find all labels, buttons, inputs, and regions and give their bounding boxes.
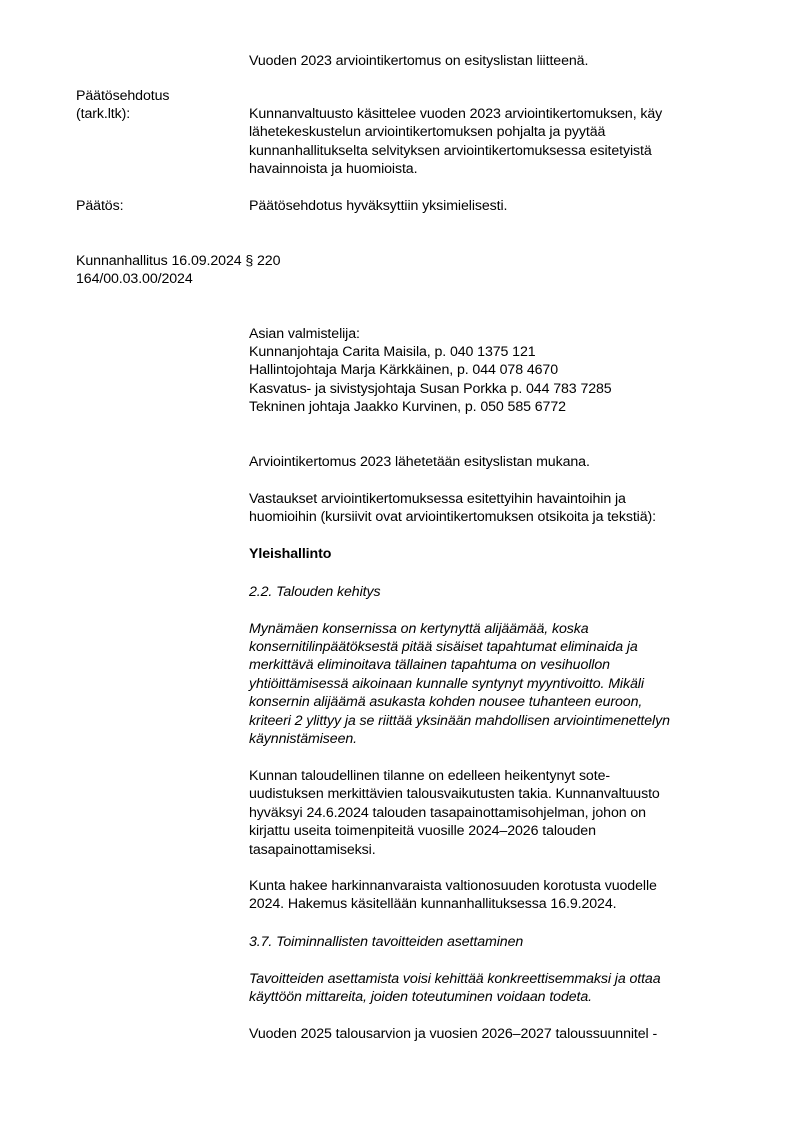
quote-line: merkittävä eliminoitava tällainen tapaht…: [249, 656, 610, 675]
proposal-text-line: havainnoista ja huomioista.: [249, 160, 417, 179]
proposal-label-sub: (tark.ltk):: [76, 105, 130, 124]
quote-line: yhtiöittämisessä aikoinaan kunnalle synt…: [249, 675, 644, 694]
preparers-heading: Asian valmistelija:: [249, 325, 360, 344]
record-number: 164/00.03.00/2024: [76, 270, 193, 289]
quote-line: konsernitilinpäätöksestä pitää sisäiset …: [249, 638, 638, 657]
quote-line: käynnistämiseen.: [249, 730, 357, 749]
preparer-line: Hallintojohtaja Marja Kärkkäinen, p. 044…: [249, 361, 558, 380]
answers-intro-line: Vastaukset arviointikertomuksessa esitet…: [249, 490, 626, 509]
quote-line: konsernin alijäämä asukasta kohden nouse…: [249, 693, 642, 712]
sent-line: Arviointikertomus 2023 lähetetään esitys…: [249, 453, 590, 472]
proposal-label: Päätösehdotus: [76, 87, 169, 106]
quote-line: kriteeri 2 ylittyy ja se riittää yksinää…: [249, 712, 670, 731]
proposal-text-line: lähetekeskustelun arviointikertomuksen p…: [249, 123, 605, 142]
preparer-line: Kasvatus- ja sivistysjohtaja Susan Porkk…: [249, 380, 612, 399]
answer-line: kirjattu useita toimenpiteitä vuosille 2…: [249, 822, 596, 841]
subsection-heading: 2.2. Talouden kehitys: [249, 583, 380, 602]
meeting-reference: Kunnanhallitus 16.09.2024 § 220: [76, 252, 280, 271]
section-heading: Yleishallinto: [249, 545, 331, 564]
decision-text: Päätösehdotus hyväksyttiin yksimielisest…: [249, 197, 507, 216]
answer-line: hyväksyi 24.6.2024 talouden tasapainotta…: [249, 804, 646, 823]
answer-line: uudistuksen merkittävien talousvaikutust…: [249, 785, 660, 804]
last-line: Vuoden 2025 talousarvion ja vuosien 2026…: [249, 1025, 657, 1044]
answer-line: 2024. Hakemus käsitellään kunnanhallituk…: [249, 895, 616, 914]
quote-line: käyttöön mittareita, joiden toteutuminen…: [249, 988, 592, 1007]
quote-line: Tavoitteiden asettamista voisi kehittää …: [249, 970, 661, 989]
intro-line: Vuoden 2023 arviointikertomus on esitysl…: [249, 52, 588, 71]
decision-label: Päätös:: [76, 197, 123, 216]
proposal-text-line: Kunnanvaltuusto käsittelee vuoden 2023 a…: [249, 105, 662, 124]
preparer-line: Kunnanjohtaja Carita Maisila, p. 040 137…: [249, 343, 536, 362]
proposal-text-line: kunnanhallitukselta selvityksen arvioint…: [249, 142, 652, 161]
answer-line: tasapainottamiseksi.: [249, 841, 376, 860]
answers-intro-line: huomioihin (kursiivit ovat arviointikert…: [249, 508, 656, 527]
subsection-heading: 3.7. Toiminnallisten tavoitteiden asetta…: [249, 933, 523, 952]
answer-line: Kunnan taloudellinen tilanne on edelleen…: [249, 767, 610, 786]
answer-line: Kunta hakee harkinnanvaraista valtionosu…: [249, 877, 657, 896]
preparer-line: Tekninen johtaja Jaakko Kurvinen, p. 050…: [249, 398, 566, 417]
quote-line: Mynämäen konsernissa on kertynyttä alijä…: [249, 620, 589, 639]
